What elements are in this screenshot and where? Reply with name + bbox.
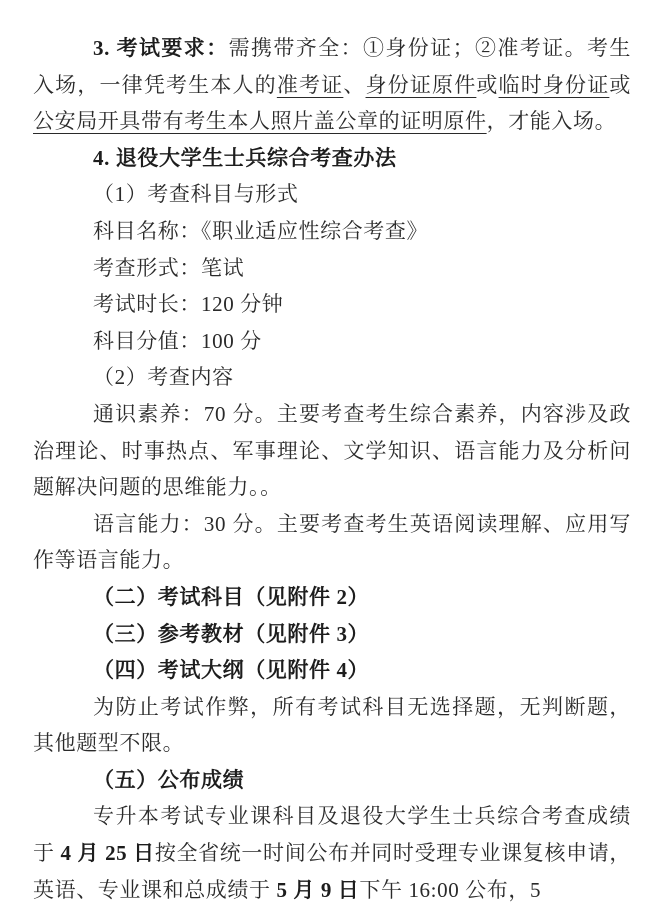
text-segment: 4. 退役大学生士兵综合考查办法	[93, 146, 397, 170]
text-segment: 下午 16:00 公布，5	[359, 878, 541, 902]
para-subject-score: 科目分值：100 分	[33, 323, 631, 360]
text-segment: （三）参考教材（见附件 3）	[93, 622, 369, 646]
text-segment: （五）公布成绩	[93, 768, 244, 792]
text-segment: 身份证原件	[366, 73, 477, 97]
para-heading-publish-scores: （五）公布成绩	[33, 762, 631, 799]
para-score-release: 专升本考试专业课科目及退役大学生士兵综合考查成绩于 4 月 25 日按全省统一时…	[33, 798, 631, 908]
text-segment: 语言能力：30 分。主要考查考生英语阅读理解、应用写作等语言能力。	[33, 512, 631, 573]
text-segment: （2）考查内容	[93, 365, 234, 389]
text-segment: 或	[476, 73, 498, 97]
para-heading-reference-materials: （三）参考教材（见附件 3）	[33, 616, 631, 653]
para-exam-requirements: 3. 考试要求：需携带齐全：①身份证；②准考证。考生入场，一律凭考生本人的准考证…	[33, 30, 631, 140]
text-segment: （二）考试科目（见附件 2）	[93, 585, 369, 609]
text-segment: 考试时长：120 分钟	[93, 292, 283, 316]
text-segment: 、	[343, 73, 365, 97]
text-segment: 通识素养：70 分。主要考查考生综合素养，内容涉及政治理论、时事热点、军事理论、…	[33, 402, 631, 499]
text-segment: 3. 考试要求：	[93, 36, 229, 60]
para-language-ability: 语言能力：30 分。主要考查考生英语阅读理解、应用写作等语言能力。	[33, 506, 631, 579]
para-subject-name: 科目名称：《职业适应性综合考查》	[33, 213, 631, 250]
para-exam-form: 考查形式：笔试	[33, 250, 631, 287]
text-segment: 公安局开具带有考生本人照片盖公章的证明原件	[33, 109, 487, 133]
text-segment: 科目分值：100 分	[93, 329, 262, 353]
text-segment: 临时身份证	[499, 73, 610, 97]
text-segment: ，才能入场。	[487, 109, 617, 133]
document-page: 3. 考试要求：需携带齐全：①身份证；②准考证。考生入场，一律凭考生本人的准考证…	[0, 0, 664, 917]
para-heading-veteran-exam-method: 4. 退役大学生士兵综合考查办法	[33, 140, 631, 177]
para-subheading-exam-content: （2）考查内容	[33, 359, 631, 396]
para-heading-exam-outline: （四）考试大纲（见附件 4）	[33, 652, 631, 689]
text-segment: 准考证	[277, 73, 344, 97]
text-segment: 或	[609, 73, 631, 97]
text-segment: 考查形式：笔试	[93, 256, 244, 280]
text-segment: 4 月 25 日	[61, 841, 155, 865]
text-segment: （1）考查科目与形式	[93, 182, 299, 206]
para-anti-cheating: 为防止考试作弊，所有考试科目无选择题，无判断题，其他题型不限。	[33, 689, 631, 762]
text-segment: 科目名称：《职业适应性综合考查》	[93, 219, 428, 243]
text-segment: 5 月 9 日	[276, 878, 359, 902]
para-exam-duration: 考试时长：120 分钟	[33, 286, 631, 323]
text-segment: （四）考试大纲（见附件 4）	[93, 658, 369, 682]
para-subheading-subject-and-form: （1）考查科目与形式	[33, 176, 631, 213]
para-general-literacy: 通识素养：70 分。主要考查考生综合素养，内容涉及政治理论、时事热点、军事理论、…	[33, 396, 631, 506]
para-heading-exam-subjects: （二）考试科目（见附件 2）	[33, 579, 631, 616]
text-segment: 为防止考试作弊，所有考试科目无选择题，无判断题，其他题型不限。	[33, 695, 631, 756]
